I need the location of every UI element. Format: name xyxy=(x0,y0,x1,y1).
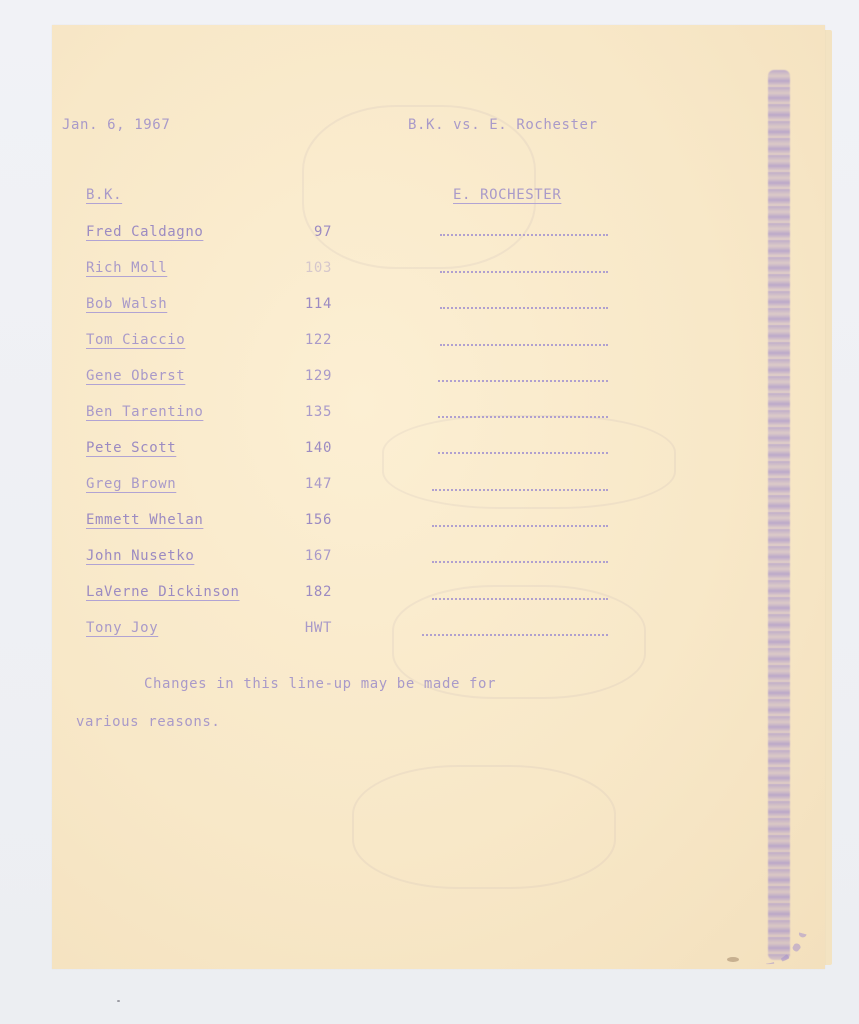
wrestler-name: Greg Brown xyxy=(86,476,176,492)
wrestler-name: Tom Ciaccio xyxy=(86,332,185,348)
opponent-blank-line xyxy=(438,416,608,418)
team-left-heading: B.K. xyxy=(86,187,122,203)
opponent-blank-line xyxy=(440,234,608,236)
opponent-blank-line xyxy=(422,634,608,636)
document-date: Jan. 6, 1967 xyxy=(62,117,170,133)
weight-class: 167 xyxy=(292,548,332,564)
opponent-blank-line xyxy=(438,380,608,382)
paper-speck xyxy=(727,957,739,962)
wrestler-name: John Nusetko xyxy=(86,548,194,564)
lineup-note-line1: Changes in this line-up may be made for xyxy=(144,676,496,692)
opponent-blank-line xyxy=(432,489,608,491)
dust-mark xyxy=(117,1000,120,1002)
opponent-blank-line xyxy=(440,271,608,273)
wrestler-name: Rich Moll xyxy=(86,260,167,276)
weight-class: HWT xyxy=(292,620,332,636)
opponent-blank-line xyxy=(438,452,608,454)
opponent-blank-line xyxy=(440,344,608,346)
matchup-title: B.K. vs. E. Rochester xyxy=(408,117,598,133)
wrestler-name: LaVerne Dickinson xyxy=(86,584,240,600)
opponent-blank-line xyxy=(432,561,608,563)
lineup-note-line2: various reasons. xyxy=(76,714,220,730)
weight-class: 97 xyxy=(292,224,332,240)
opponent-blank-line xyxy=(440,307,608,309)
weight-class: 114 xyxy=(292,296,332,312)
weight-class: 103 xyxy=(292,260,332,276)
team-right-heading: E. ROCHESTER xyxy=(453,187,561,203)
weight-class: 122 xyxy=(292,332,332,348)
wrestler-name: Pete Scott xyxy=(86,440,176,456)
opponent-blank-line xyxy=(432,598,608,600)
purple-stamp-edge xyxy=(768,70,790,960)
scanned-page: Jan. 6, 1967 B.K. vs. E. Rochester B.K. … xyxy=(0,0,859,1024)
wrestler-name: Gene Oberst xyxy=(86,368,185,384)
bleed-through-mark xyxy=(382,415,676,509)
weight-class: 140 xyxy=(292,440,332,456)
weight-class: 129 xyxy=(292,368,332,384)
wrestler-name: Bob Walsh xyxy=(86,296,167,312)
bleed-through-mark xyxy=(352,765,616,889)
weight-class: 147 xyxy=(292,476,332,492)
paper-sheet: Jan. 6, 1967 B.K. vs. E. Rochester B.K. … xyxy=(52,25,825,969)
weight-class: 182 xyxy=(292,584,332,600)
wrestler-name: Ben Tarentino xyxy=(86,404,203,420)
wrestler-name: Tony Joy xyxy=(86,620,158,636)
weight-class: 135 xyxy=(292,404,332,420)
opponent-blank-line xyxy=(432,525,608,527)
wrestler-name: Emmett Whelan xyxy=(86,512,203,528)
wrestler-name: Fred Caldagno xyxy=(86,224,203,240)
weight-class: 156 xyxy=(292,512,332,528)
